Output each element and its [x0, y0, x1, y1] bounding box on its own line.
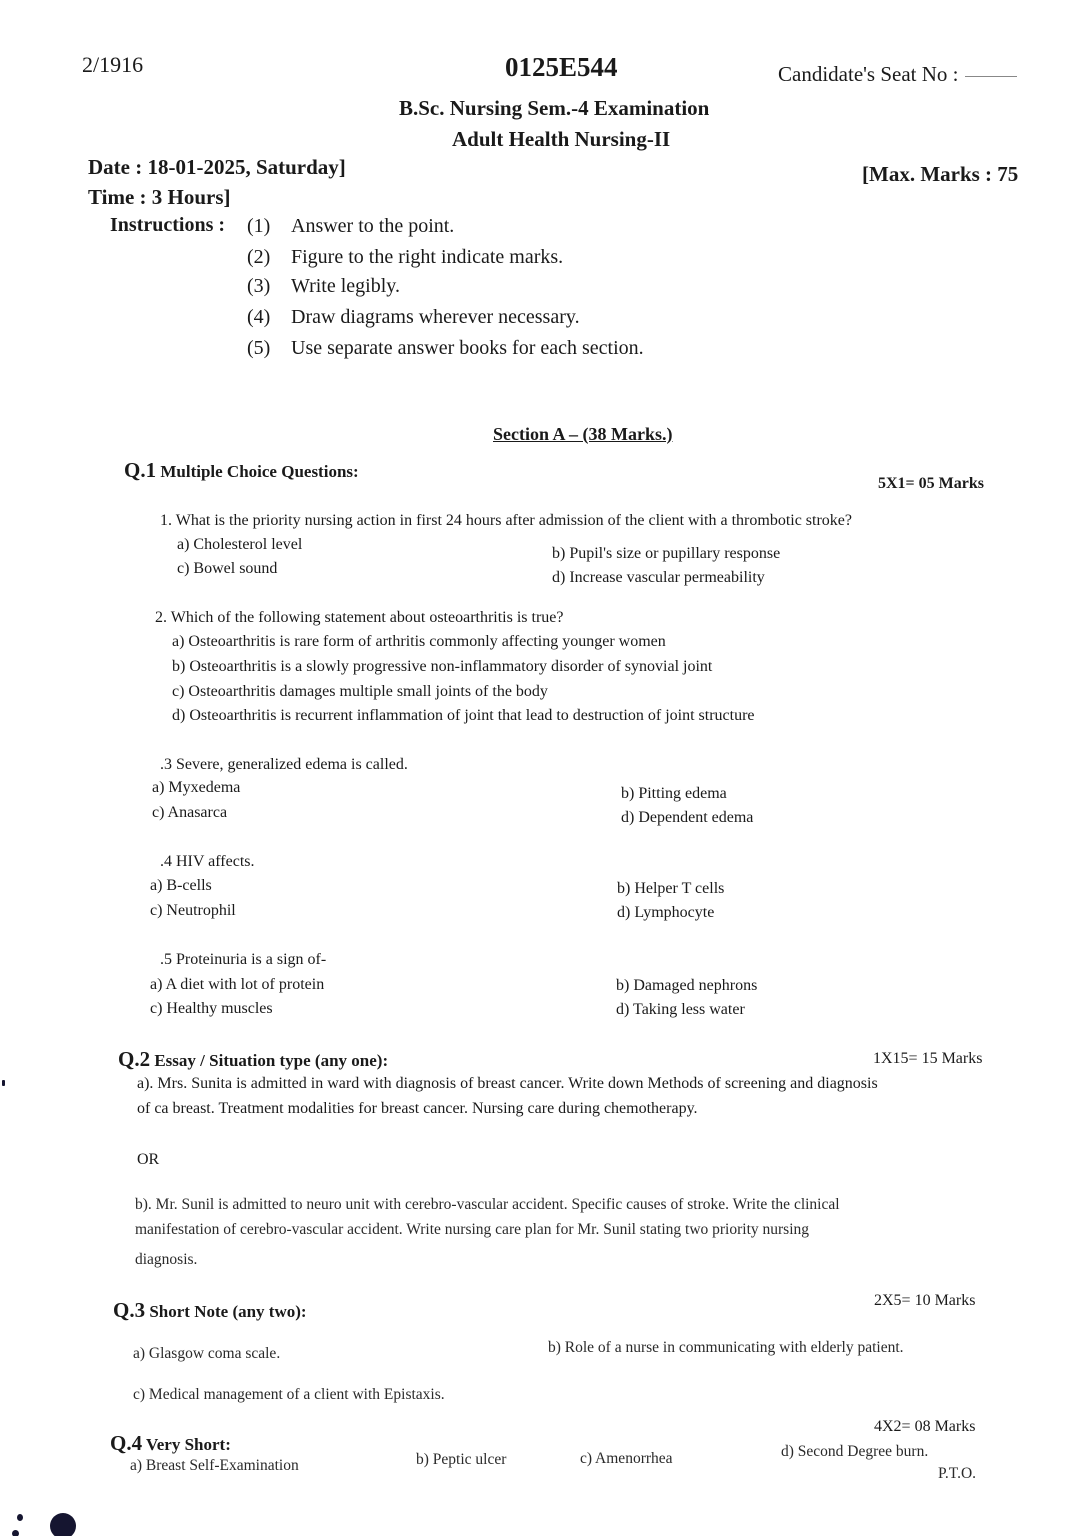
mcq-3-option-b: b) Pitting edema	[621, 785, 727, 803]
q2-option-b-line2: manifestation of cerebro-vascular accide…	[135, 1221, 809, 1239]
q2-option-a-line2: of ca breast. Treatment modalities for b…	[137, 1100, 698, 1118]
q4-item-c: c) Amenorrhea	[580, 1450, 673, 1468]
q1-marks: 5X1= 05 Marks	[878, 475, 984, 493]
instruction-item: (5)Use separate answer books for each se…	[247, 337, 644, 360]
mcq-5-option-d: d) Taking less water	[616, 1001, 745, 1019]
exam-date: Date : 18-01-2025, Saturday]	[88, 155, 346, 180]
scan-ink-dot	[12, 1530, 19, 1536]
mcq-2-option-a: a) Osteoarthritis is rare form of arthri…	[172, 633, 666, 651]
scan-ink-dot	[17, 1514, 23, 1521]
seat-number-blank	[965, 76, 1017, 77]
mcq-3-option-d: d) Dependent edema	[621, 809, 753, 827]
q3-marks: 2X5= 10 Marks	[874, 1292, 975, 1310]
mcq-1-option-b: b) Pupil's size or pupillary response	[552, 545, 780, 563]
instruction-item: (3)Write legibly.	[247, 275, 400, 298]
paper-serial: 2/1916	[82, 52, 143, 78]
q2-marks: 1X15= 15 Marks	[873, 1050, 982, 1068]
paper-code: 0125E544	[505, 52, 618, 83]
mcq-4-stem: .4 HIV affects.	[160, 853, 255, 871]
mcq-4-option-c: c) Neutrophil	[150, 902, 236, 920]
q2-option-a-line1: a). Mrs. Sunita is admitted in ward with…	[137, 1075, 878, 1093]
scan-ink-blot	[50, 1513, 76, 1536]
mcq-5-option-c: c) Healthy muscles	[150, 1000, 273, 1018]
mcq-2-option-c: c) Osteoarthritis damages multiple small…	[172, 683, 548, 701]
mcq-1-option-d: d) Increase vascular permeability	[552, 569, 765, 587]
mcq-3-option-c: c) Anasarca	[152, 804, 227, 822]
q4-item-b: b) Peptic ulcer	[416, 1451, 506, 1469]
q4-heading: Q.4 Very Short:	[110, 1431, 231, 1456]
q2-option-b-line3: diagnosis.	[135, 1251, 197, 1269]
mcq-3-stem: .3 Severe, generalized edema is called.	[160, 756, 408, 774]
max-marks: [Max. Marks : 75	[862, 162, 1018, 187]
scan-mark	[2, 1080, 5, 1086]
mcq-1-option-a: a) Cholesterol level	[177, 536, 302, 554]
q3-heading: Q.3 Short Note (any two):	[113, 1298, 307, 1323]
seat-number-field: Candidate's Seat No :	[778, 62, 1017, 87]
q2-option-b-line1: b). Mr. Sunil is admitted to neuro unit …	[135, 1196, 840, 1214]
mcq-5-option-b: b) Damaged nephrons	[616, 977, 757, 995]
mcq-1-stem: 1. What is the priority nursing action i…	[160, 512, 852, 530]
q4-item-d: d) Second Degree burn.	[781, 1443, 928, 1461]
pto-label: P.T.O.	[938, 1465, 976, 1483]
exam-title: B.Sc. Nursing Sem.-4 Examination	[399, 96, 709, 121]
seat-number-label: Candidate's Seat No :	[778, 62, 959, 86]
section-title: Section A – (38 Marks.)	[493, 424, 673, 445]
mcq-4-option-a: a) B-cells	[150, 877, 212, 895]
instructions-label: Instructions :	[110, 214, 225, 237]
q3-item-b: b) Role of a nurse in communicating with…	[548, 1339, 904, 1357]
mcq-4-option-d: d) Lymphocyte	[617, 904, 714, 922]
mcq-2-option-d: d) Osteoarthritis is recurrent inflammat…	[172, 707, 755, 725]
q1-heading: Q.1 Multiple Choice Questions:	[124, 458, 359, 483]
instruction-item: (4)Draw diagrams wherever necessary.	[247, 306, 580, 329]
mcq-4-option-b: b) Helper T cells	[617, 880, 724, 898]
mcq-3-option-a: a) Myxedema	[152, 779, 240, 797]
q3-item-a: a) Glasgow coma scale.	[133, 1345, 280, 1363]
mcq-5-stem: .5 Proteinuria is a sign of-	[160, 951, 326, 969]
q2-or-label: OR	[137, 1151, 159, 1169]
instruction-item: (1)Answer to the point.	[247, 215, 454, 238]
exam-time: Time : 3 Hours]	[88, 185, 231, 210]
q4-marks: 4X2= 08 Marks	[874, 1418, 975, 1436]
mcq-5-option-a: a) A diet with lot of protein	[150, 976, 324, 994]
instruction-item: (2)Figure to the right indicate marks.	[247, 246, 563, 269]
mcq-2-stem: 2. Which of the following statement abou…	[155, 609, 564, 627]
mcq-1-option-c: c) Bowel sound	[177, 560, 277, 578]
q2-heading: Q.2 Essay / Situation type (any one):	[118, 1047, 388, 1072]
subject-title: Adult Health Nursing-II	[452, 127, 670, 152]
mcq-2-option-b: b) Osteoarthritis is a slowly progressiv…	[172, 658, 712, 676]
q4-item-a: a) Breast Self-Examination	[130, 1457, 299, 1475]
q3-item-c: c) Medical management of a client with E…	[133, 1386, 445, 1404]
